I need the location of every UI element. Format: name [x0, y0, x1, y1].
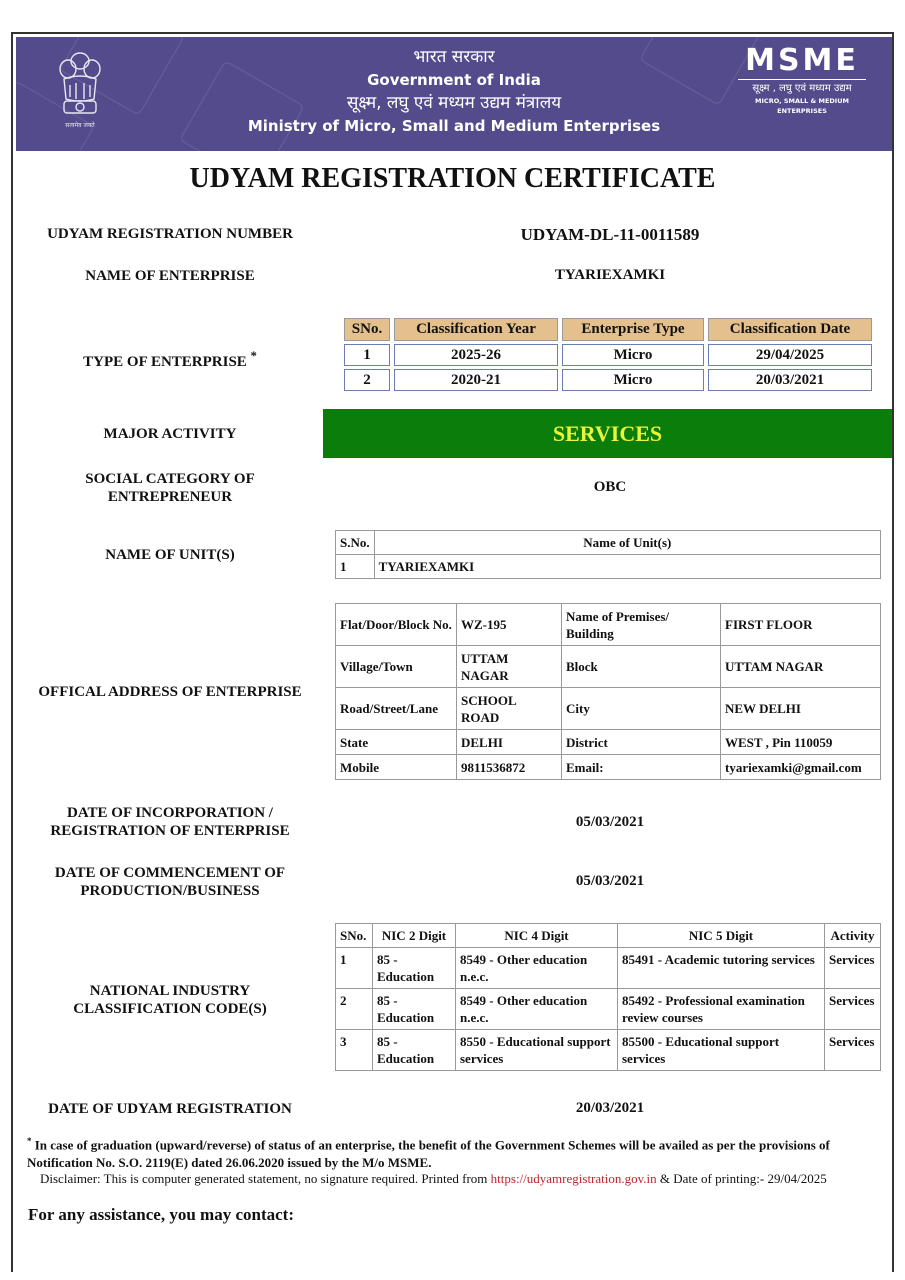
table-cell: 8549 - Other education n.e.c.	[456, 989, 618, 1030]
table-cell: 29/04/2025	[708, 344, 872, 366]
table-row: 1 2025-26 Micro 29/04/2025	[344, 344, 872, 366]
enterprise-name-value: TYARIEXAMKI	[470, 267, 750, 284]
social-category-value: OBC	[470, 479, 750, 496]
asterisk: *	[251, 349, 257, 363]
column-header: SNo.	[336, 924, 373, 948]
table-cell: Micro	[562, 369, 704, 391]
table-cell: Micro	[562, 344, 704, 366]
label-line: NATIONAL INDUSTRY	[30, 982, 310, 1000]
table-cell: 2020-21	[394, 369, 558, 391]
note-text: In case of graduation (upward/reverse) o…	[27, 1137, 830, 1170]
table-row: 2 2020-21 Micro 20/03/2021	[344, 369, 872, 391]
address-field-label: City	[562, 688, 721, 730]
address-field-label: Email:	[562, 755, 721, 780]
column-header: NIC 5 Digit	[618, 924, 825, 948]
header-banner: सत्यमेव जयते भारत सरकार Government of In…	[16, 37, 892, 151]
table-cell: 1	[336, 555, 375, 579]
table-cell: 85 - Education	[373, 989, 456, 1030]
column-header: SNo.	[344, 318, 390, 341]
address-table: Flat/Door/Block No.WZ-195Name of Premise…	[335, 603, 881, 780]
label-line: CLASSIFICATION CODE(S)	[30, 1000, 310, 1018]
table-cell: 20/03/2021	[708, 369, 872, 391]
table-header-row: S.No. Name of Unit(s)	[336, 531, 881, 555]
table-cell: Services	[825, 1030, 881, 1071]
ministry-name: Ministry of Micro, Small and Medium Ente…	[16, 115, 892, 137]
address-field-label: Name of Premises/ Building	[562, 604, 721, 646]
udyam-date-label: DATE OF UDYAM REGISTRATION	[30, 1100, 310, 1118]
graduation-note: * In case of graduation (upward/reverse)…	[27, 1132, 887, 1172]
table-row: Mobile9811536872Email:tyariexamki@gmail.…	[336, 755, 881, 780]
table-cell: 3	[336, 1030, 373, 1071]
table-row: 285 - Education8549 - Other education n.…	[336, 989, 881, 1030]
disclaimer: Disclaimer: This is computer generated s…	[40, 1171, 827, 1187]
table-cell: 85 - Education	[373, 948, 456, 989]
address-field-label: State	[336, 730, 457, 755]
table-cell: 2	[344, 369, 390, 391]
commencement-label: DATE OF COMMENCEMENT OF PRODUCTION/BUSIN…	[30, 864, 310, 900]
table-row: Road/Street/LaneSCHOOL ROADCityNEW DELHI	[336, 688, 881, 730]
msme-logo-english: MICRO, SMALL & MEDIUM ENTERPRISES	[732, 96, 872, 116]
address-field-label: Block	[562, 646, 721, 688]
address-field-value: WEST , Pin 110059	[721, 730, 881, 755]
asterisk: *	[27, 1136, 32, 1146]
address-field-value: DELHI	[457, 730, 562, 755]
table-row: StateDELHIDistrictWEST , Pin 110059	[336, 730, 881, 755]
column-header: Classification Date	[708, 318, 872, 341]
address-field-value: WZ-195	[457, 604, 562, 646]
address-field-label: District	[562, 730, 721, 755]
table-row: Flat/Door/Block No.WZ-195Name of Premise…	[336, 604, 881, 646]
type-label-text: TYPE OF ENTERPRISE	[83, 354, 247, 370]
table-cell: Services	[825, 948, 881, 989]
type-of-enterprise-label: TYPE OF ENTERPRISE *	[30, 347, 310, 371]
incorporation-date: 05/03/2021	[470, 814, 750, 831]
udyam-portal-link[interactable]: https://udyamregistration.gov.in	[491, 1171, 657, 1186]
classification-table: SNo. Classification Year Enterprise Type…	[340, 315, 876, 394]
address-field-value: NEW DELHI	[721, 688, 881, 730]
table-cell: 85500 - Educational support services	[618, 1030, 825, 1071]
enterprise-name-label: NAME OF ENTERPRISE	[30, 267, 310, 285]
column-header: Name of Unit(s)	[374, 531, 880, 555]
nic-table: SNo. NIC 2 Digit NIC 4 Digit NIC 5 Digit…	[335, 923, 881, 1071]
table-cell: 1	[344, 344, 390, 366]
major-activity-value: SERVICES	[323, 409, 892, 458]
address-field-label: Village/Town	[336, 646, 457, 688]
disclaimer-prefix: Disclaimer: This is computer generated s…	[40, 1171, 491, 1186]
label-line: PRODUCTION/BUSINESS	[30, 882, 310, 900]
label-line: REGISTRATION OF ENTERPRISE	[30, 822, 310, 840]
reg-number-value: UDYAM-DL-11-0011589	[470, 225, 750, 245]
address-field-label: Road/Street/Lane	[336, 688, 457, 730]
label-line: DATE OF COMMENCEMENT OF	[30, 864, 310, 882]
certificate-title: UDYAM REGISTRATION CERTIFICATE	[0, 163, 905, 195]
address-field-value: tyariexamki@gmail.com	[721, 755, 881, 780]
table-cell: 85492 - Professional examination review …	[618, 989, 825, 1030]
address-field-label: Mobile	[336, 755, 457, 780]
commencement-date: 05/03/2021	[470, 873, 750, 890]
udyam-date-value: 20/03/2021	[470, 1100, 750, 1117]
column-header: Activity	[825, 924, 881, 948]
table-header-row: SNo. NIC 2 Digit NIC 4 Digit NIC 5 Digit…	[336, 924, 881, 948]
address-field-value: UTTAM NAGAR	[457, 646, 562, 688]
table-cell: 8549 - Other education n.e.c.	[456, 948, 618, 989]
table-cell: 2	[336, 989, 373, 1030]
table-cell: 8550 - Educational support services	[456, 1030, 618, 1071]
column-header: Classification Year	[394, 318, 558, 341]
column-header: Enterprise Type	[562, 318, 704, 341]
table-cell: Services	[825, 989, 881, 1030]
units-label: NAME OF UNIT(S)	[30, 546, 310, 564]
table-header-row: SNo. Classification Year Enterprise Type…	[344, 318, 872, 341]
address-field-value: SCHOOL ROAD	[457, 688, 562, 730]
reg-number-label: UDYAM REGISTRATION NUMBER	[30, 225, 310, 243]
logo-divider	[738, 79, 866, 80]
disclaimer-suffix: & Date of printing:- 29/04/2025	[657, 1171, 827, 1186]
table-row: 185 - Education8549 - Other education n.…	[336, 948, 881, 989]
address-label: OFFICAL ADDRESS OF ENTERPRISE	[25, 683, 315, 701]
column-header: S.No.	[336, 531, 375, 555]
address-field-value: 9811536872	[457, 755, 562, 780]
table-cell: 85491 - Academic tutoring services	[618, 948, 825, 989]
msme-logo: MSME सूक्ष्म , लघु एवं मध्यम उद्यम MICRO…	[732, 45, 872, 116]
table-cell: 1	[336, 948, 373, 989]
address-field-value: FIRST FLOOR	[721, 604, 881, 646]
table-row: 1 TYARIEXAMKI	[336, 555, 881, 579]
table-row: 385 - Education8550 - Educational suppor…	[336, 1030, 881, 1071]
column-header: NIC 2 Digit	[373, 924, 456, 948]
nic-label: NATIONAL INDUSTRY CLASSIFICATION CODE(S)	[30, 982, 310, 1018]
units-table: S.No. Name of Unit(s) 1 TYARIEXAMKI	[335, 530, 881, 579]
table-cell: 85 - Education	[373, 1030, 456, 1071]
table-cell: TYARIEXAMKI	[374, 555, 880, 579]
label-line: ENTREPRENEUR	[30, 488, 310, 506]
label-line: SOCIAL CATEGORY OF	[30, 470, 310, 488]
assistance-heading: For any assistance, you may contact:	[28, 1205, 294, 1225]
table-row: Village/TownUTTAM NAGARBlockUTTAM NAGAR	[336, 646, 881, 688]
label-line: DATE OF INCORPORATION /	[30, 804, 310, 822]
msme-logo-hindi: सूक्ष्म , लघु एवं मध्यम उद्यम	[732, 82, 872, 96]
column-header: NIC 4 Digit	[456, 924, 618, 948]
incorporation-label: DATE OF INCORPORATION / REGISTRATION OF …	[30, 804, 310, 840]
social-category-label: SOCIAL CATEGORY OF ENTREPRENEUR	[30, 470, 310, 506]
address-field-value: UTTAM NAGAR	[721, 646, 881, 688]
major-activity-label: MAJOR ACTIVITY	[30, 425, 310, 443]
address-field-label: Flat/Door/Block No.	[336, 604, 457, 646]
msme-logo-word: MSME	[732, 45, 872, 77]
table-cell: 2025-26	[394, 344, 558, 366]
